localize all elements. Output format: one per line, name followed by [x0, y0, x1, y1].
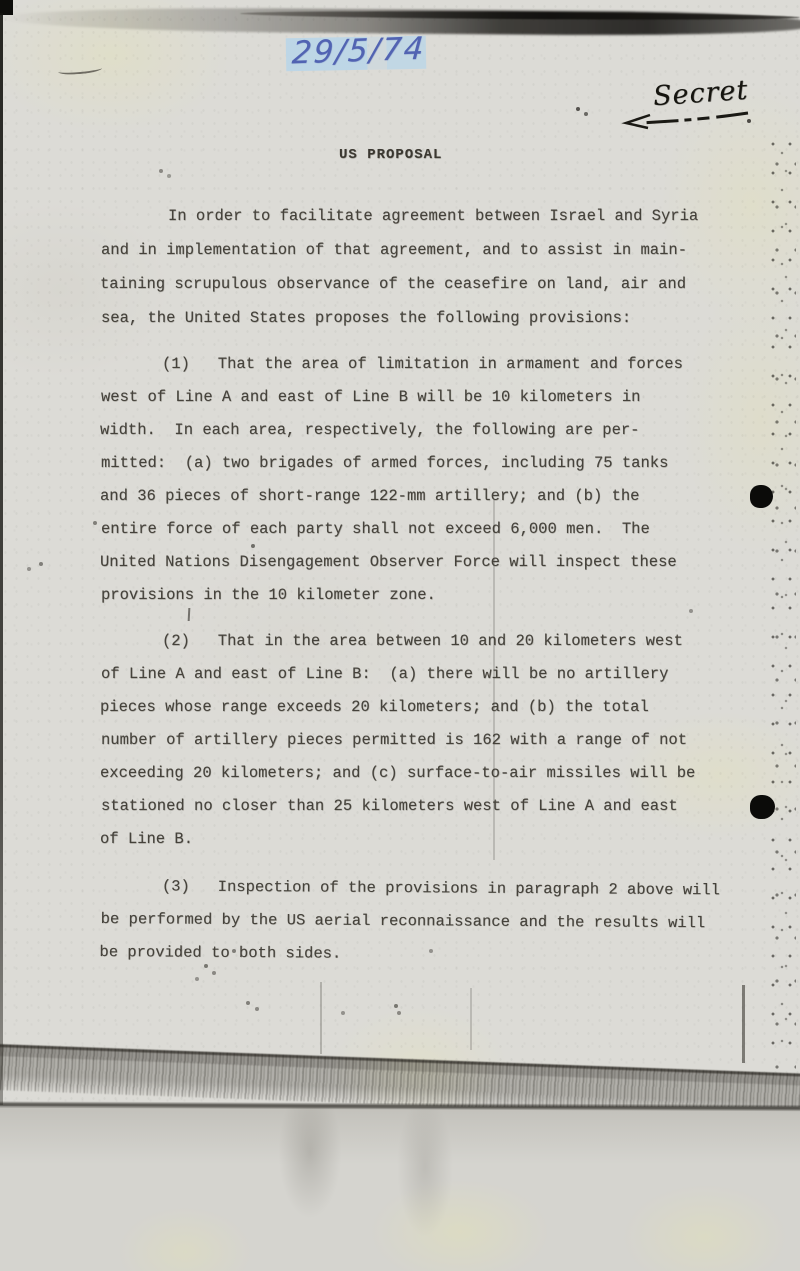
paragraph-provision-2: (2) That in the area between 10 and 20 k…	[100, 625, 718, 856]
text-line: of Line B.	[100, 823, 718, 856]
underlying-sheet	[0, 1107, 800, 1271]
paragraph-intro: In order to facilitate agreement between…	[100, 199, 718, 335]
text-line: west of Line A and east of Line B will b…	[101, 381, 719, 414]
scan-right-edge-noise	[768, 140, 796, 1070]
text-line: (1) That the area of limitation in armam…	[100, 348, 718, 381]
text-line: stationed no closer than 25 kilometers w…	[101, 790, 719, 823]
handwritten-date: 29/5/74	[291, 31, 427, 72]
paragraph-provision-1: (1) That the area of limitation in armam…	[100, 348, 718, 612]
text-line: be performed by the US aerial reconnaiss…	[101, 903, 719, 940]
text-line: be provided to both sides.	[99, 936, 717, 973]
text-line: provisions in the 10 kilometer zone.	[101, 579, 719, 612]
text-line: number of artillery pieces permitted is …	[101, 724, 719, 757]
ink-specks	[0, 0, 2, 2]
text-line: and in implementation of that agreement,…	[101, 233, 719, 267]
paper-crease	[320, 982, 322, 1054]
text-line: of Line A and east of Line B: (a) there …	[101, 658, 719, 691]
scanned-document-page: 29/5/74 Secret US PROPOSAL In order to f…	[0, 0, 800, 1271]
classification-underline-arrow-icon	[612, 106, 754, 132]
text-line: (3) Inspection of the provisions in para…	[100, 870, 718, 907]
text-line: entire force of each party shall not exc…	[101, 513, 719, 546]
paragraph-provision-3: (3) Inspection of the provisions in para…	[99, 870, 718, 973]
text-line: taining scrupulous observance of the cea…	[100, 267, 718, 301]
text-line: United Nations Disengagement Observer Fo…	[100, 546, 718, 579]
punch-hole-mark	[750, 485, 773, 508]
document-title: US PROPOSAL	[339, 147, 442, 163]
text-line: (2) That in the area between 10 and 20 k…	[100, 625, 718, 658]
text-line: and 36 pieces of short-range 122-mm arti…	[100, 480, 718, 513]
paper-crease	[742, 985, 745, 1063]
text-line: mitted: (a) two brigades of armed forces…	[101, 447, 719, 480]
text-line: pieces whose range exceeds 20 kilometers…	[100, 691, 718, 724]
text-line: In order to facilitate agreement between…	[100, 199, 718, 233]
text-line: width. In each area, respectively, the f…	[100, 414, 718, 447]
text-line: exceeding 20 kilometers; and (c) surface…	[100, 757, 718, 790]
paper-crease	[470, 988, 472, 1050]
pencil-scratch-mark	[58, 64, 103, 76]
scan-left-edge-line	[0, 13, 3, 1105]
text-line: sea, the United States proposes the foll…	[101, 301, 719, 335]
punch-hole-mark	[750, 795, 775, 819]
